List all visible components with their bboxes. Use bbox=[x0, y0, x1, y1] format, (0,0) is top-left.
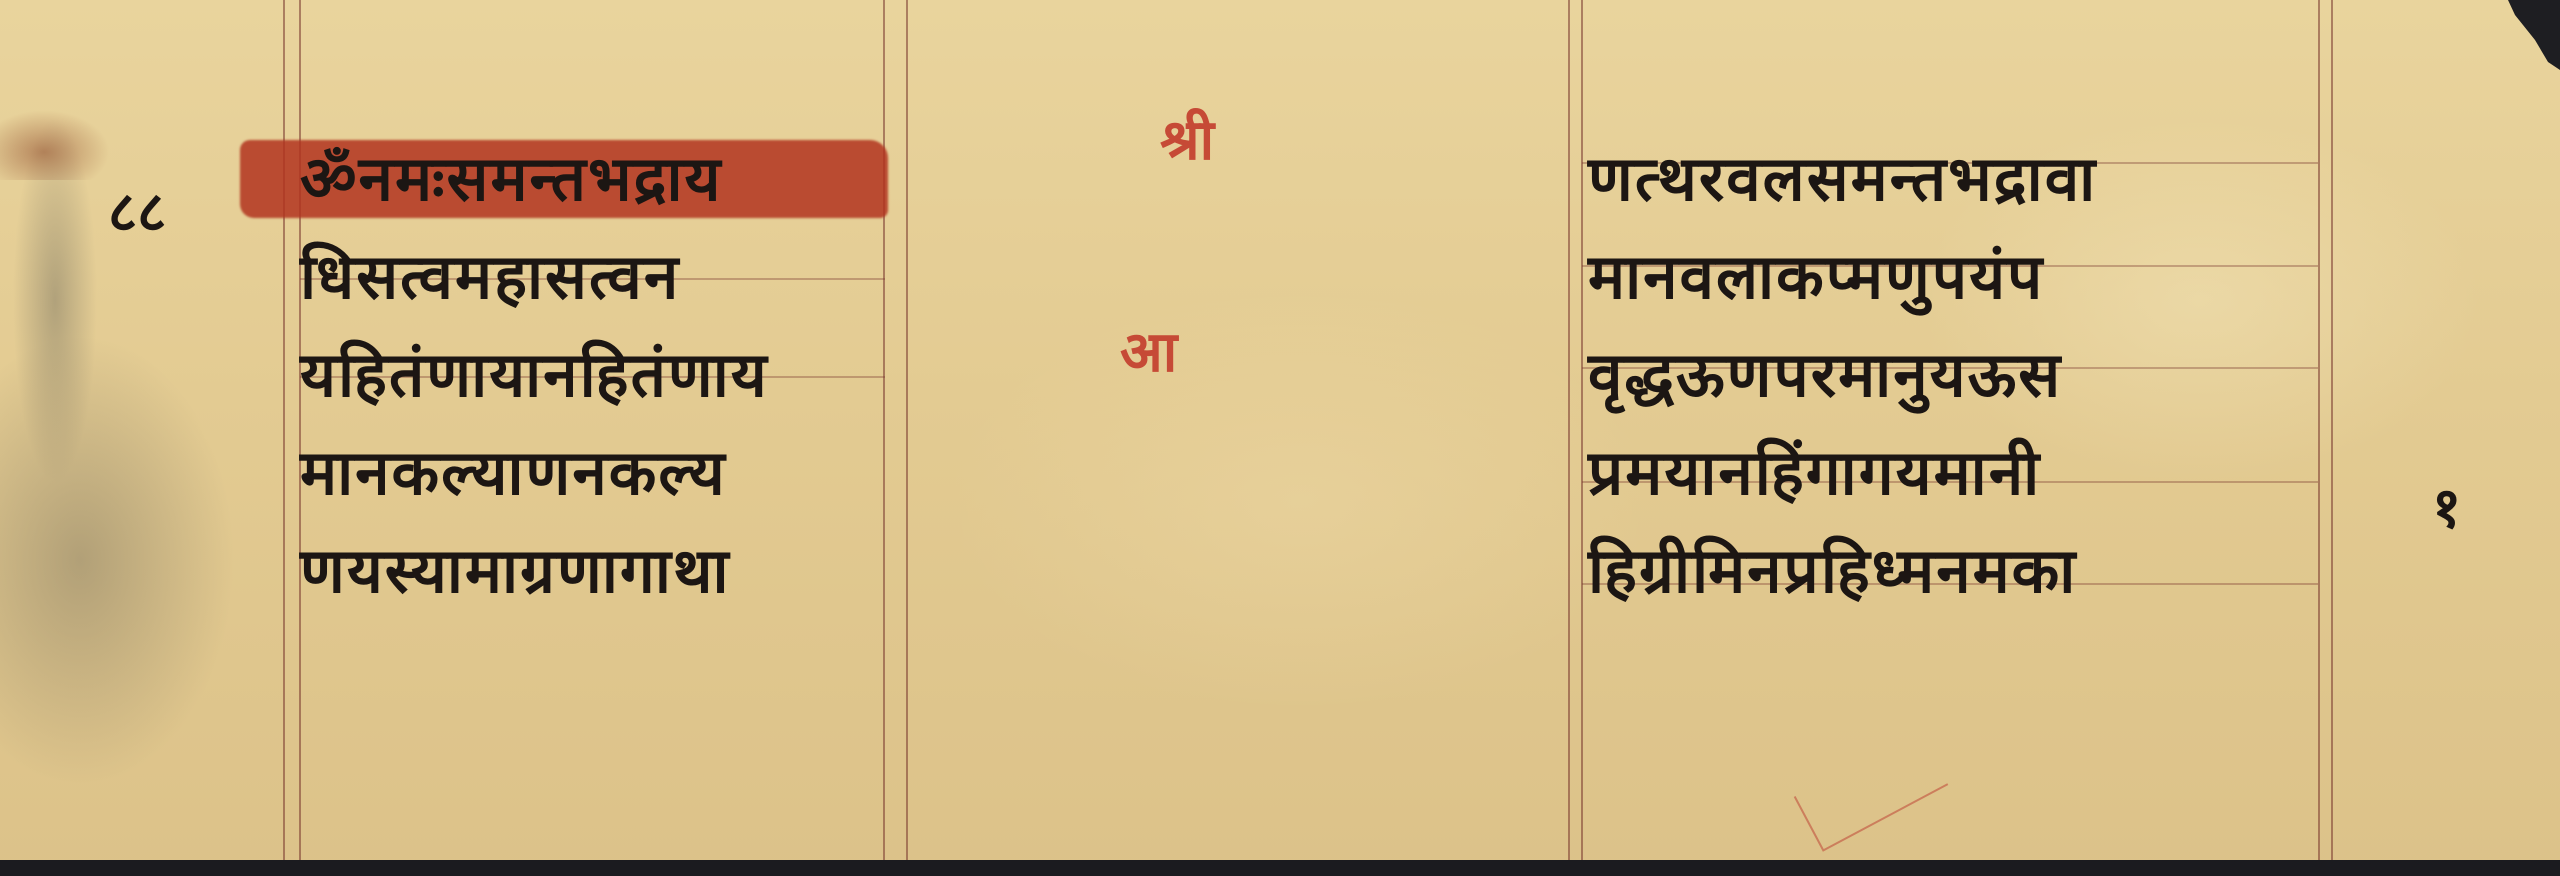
text-line: ॐनमःसमन्तभद्राय bbox=[300, 130, 769, 228]
margin-rule bbox=[2331, 0, 2333, 860]
red-mark-shri: श्री bbox=[1160, 100, 1214, 176]
margin-rule bbox=[1568, 0, 1570, 860]
text-line: हिग्रीमिनप्रहिध्मनमका bbox=[1588, 522, 2097, 620]
folio-number: ८८ bbox=[108, 172, 166, 248]
manuscript-folio: ८८ ॐनमःसमन्तभद्राय धिसत्वमहासत्वन यहितंण… bbox=[0, 0, 2560, 876]
margin-rule bbox=[906, 0, 908, 860]
background-edge bbox=[0, 860, 2560, 876]
margin-numeral: १ bbox=[2432, 468, 2461, 544]
margin-rule bbox=[883, 0, 885, 860]
margin-rule bbox=[2318, 0, 2320, 860]
text-line: मानवलाकप्मणुपयंप bbox=[1588, 228, 2097, 326]
red-mark-aa: आ bbox=[1120, 312, 1177, 388]
right-text-column: णत्थरवलसमन्तभद्रावा मानवलाकप्मणुपयंप वृद… bbox=[1588, 130, 2097, 620]
ink-stain bbox=[0, 110, 110, 180]
text-line: यहितंणायानहितंणाय bbox=[300, 326, 769, 424]
left-text-column: ॐनमःसमन्तभद्राय धिसत्वमहासत्वन यहितंणाया… bbox=[300, 130, 769, 620]
red-scribble bbox=[1794, 730, 1948, 851]
text-line: धिसत्वमहासत्वन bbox=[300, 228, 769, 326]
text-line: वृद्धऊणपरमानुयऊस bbox=[1588, 326, 2097, 424]
text-line: प्रमयानहिंगागयमानी bbox=[1588, 424, 2097, 522]
margin-rule bbox=[283, 0, 285, 860]
text-line: णयस्यामाग्रणागाथा bbox=[300, 522, 769, 620]
margin-rule bbox=[1581, 0, 1583, 860]
text-line: मानकल्याणनकल्य bbox=[300, 424, 769, 522]
text-line: णत्थरवलसमन्तभद्रावा bbox=[1588, 130, 2097, 228]
